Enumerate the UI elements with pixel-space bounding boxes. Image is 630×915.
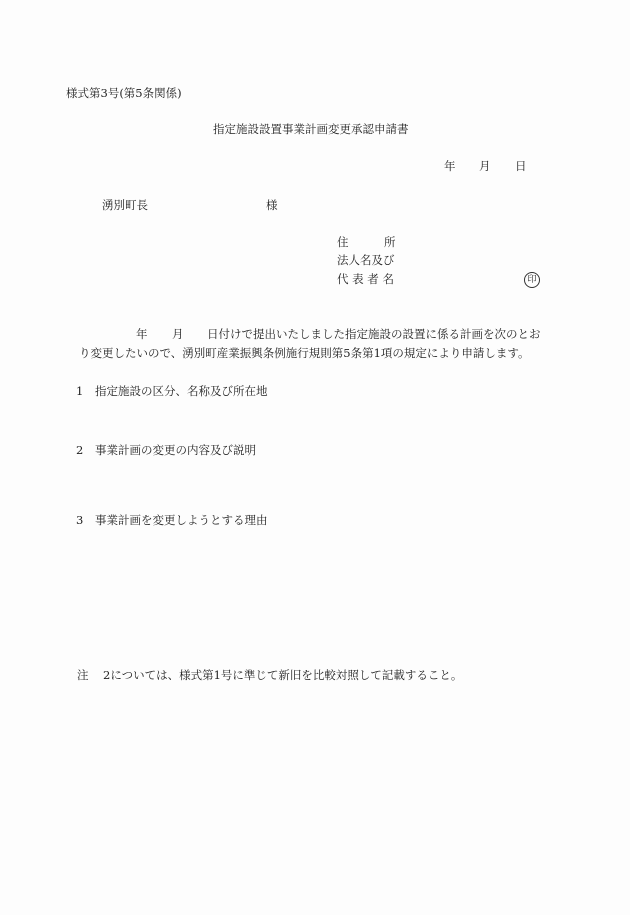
note-prefix: 注 (77, 668, 89, 682)
item-2-number: 2 (76, 443, 83, 457)
addressee-name: 湧別町長 (102, 198, 148, 212)
item-3-number: 3 (76, 513, 83, 527)
corp-label: 法人名及び (337, 253, 395, 267)
date-month: 月 (479, 159, 491, 173)
seal-icon: 印 (524, 271, 540, 288)
addressee-honorific: 様 (266, 198, 278, 212)
item-2-label: 事業計画の変更の内容及び説明 (95, 443, 256, 457)
body-month: 月 (172, 327, 184, 341)
body-line2: り変更したいので、湧別町産業振興条例施行規則第5条第1項の規定により申請します。 (79, 346, 529, 360)
item-3-label: 事業計画を変更しようとする理由 (95, 513, 268, 527)
body-year: 年 (136, 327, 148, 341)
address-label-1: 住 (337, 235, 349, 249)
note-text: 2については、様式第1号に準じて新旧を比較対照して記載すること。 (103, 668, 462, 682)
body-line1: 日付けで提出いたしました指定施設の設置に係る計画を次のとお (207, 327, 541, 341)
address-label-2: 所 (384, 235, 396, 249)
seal-mark: 印 (524, 272, 540, 288)
form-label: 様式第3号(第5条関係) (66, 86, 182, 100)
item-1-number: 1 (76, 384, 83, 398)
item-1-label: 指定施設の区分、名称及び所在地 (95, 384, 268, 398)
document-title: 指定施設設置事業計画変更承認申請書 (213, 122, 409, 136)
date-day: 日 (515, 159, 527, 173)
rep-label: 代 表 者 名 (337, 272, 394, 286)
date-year: 年 (444, 159, 456, 173)
